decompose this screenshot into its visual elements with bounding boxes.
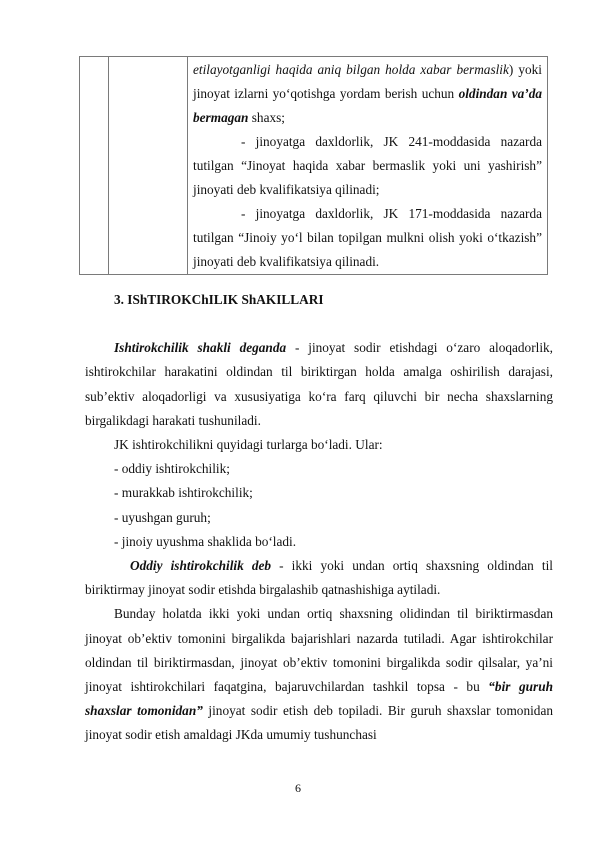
simple-participation-paragraph: Oddiy ishtirokchilik deb - ikki yoki und… — [85, 554, 553, 602]
table-cell-label — [109, 57, 188, 275]
types-intro: JK ishtirokchilikni quyidagi turlarga bo… — [85, 433, 553, 457]
section-body: 3. IShTIROKChILIK ShAKILLARI Ishtirokchi… — [85, 288, 553, 748]
table-cell-description: etilayotganligi haqida aniq bilgan holda… — [188, 57, 548, 275]
table-row: etilayotganligi haqida aniq bilgan holda… — [80, 57, 548, 275]
list-item: - murakkab ishtirokchilik; — [85, 481, 553, 505]
table-paragraph-3: - jinoyatga daxldorlik, JK 171-moddasida… — [193, 202, 542, 274]
continuation-table: etilayotganligi haqida aniq bilgan holda… — [79, 56, 548, 275]
table-cell-number — [80, 57, 109, 275]
list-item: - oddiy ishtirokchilik; — [85, 457, 553, 481]
section-heading: 3. IShTIROKChILIK ShAKILLARI — [85, 288, 553, 312]
document-page: etilayotganligi haqida aniq bilgan holda… — [0, 0, 596, 842]
italic-phrase: etilayotganligi haqida aniq bilgan holda… — [193, 62, 509, 77]
table-paragraph-2: - jinoyatga daxldorlik, JK 241-moddasida… — [193, 130, 542, 202]
definition-paragraph: Ishtirokchilik shakli deganda - jinoyat … — [85, 336, 553, 433]
table-paragraph-1: etilayotganligi haqida aniq bilgan holda… — [193, 58, 542, 130]
list-item: - uyushgan guruh; — [85, 506, 553, 530]
table-cell-text: etilayotganligi haqida aniq bilgan holda… — [188, 57, 547, 274]
list-item: - jinoiy uyushma shaklida bo‘ladi. — [85, 530, 553, 554]
definition-term: Ishtirokchilik shakli deganda — [114, 340, 286, 355]
group-paragraph: Bunday holatda ikki yoki undan ortiq sha… — [85, 602, 553, 747]
simple-participation-term: Oddiy ishtirokchilik deb — [130, 558, 271, 573]
page-number: 6 — [0, 781, 596, 796]
